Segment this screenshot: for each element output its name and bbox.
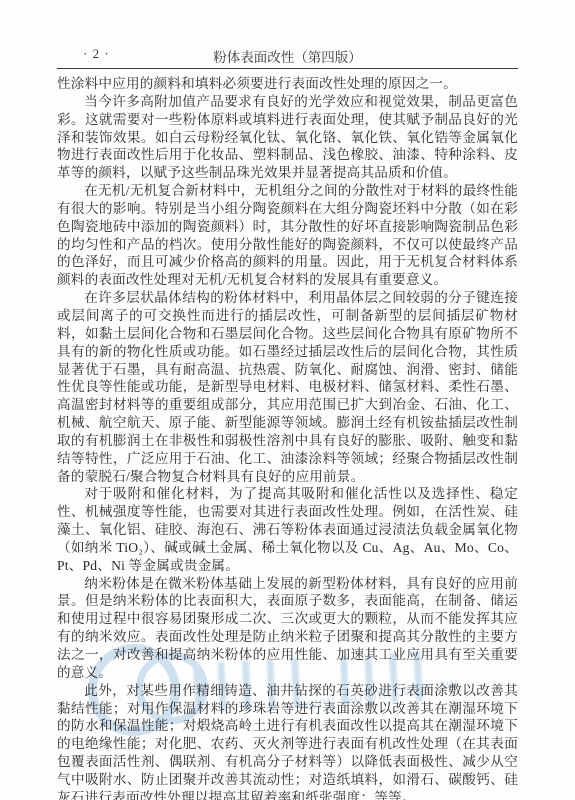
paragraph: 在无机/无机复合新材料中，无机组分之间的分散性对于材料的最终性能有很大的影响。特… xyxy=(57,182,518,289)
book-page: ||||| |||| www.sanmin.com.tw · 2 · 粉体表面改… xyxy=(0,0,575,800)
book-title: 粉体表面改性（第四版） xyxy=(57,46,518,66)
paragraph: 此外，对某些用作精细铸造、油井钻探的石英砂进行表面涂敷以改善其黏结性能；对用作保… xyxy=(57,682,518,800)
running-head: · 2 · 粉体表面改性（第四版） xyxy=(57,44,518,68)
paragraph: 纳米粉体是在微米粉体基础上发展的新型粉体材料，具有良好的应用前景。但是纳米粉体的… xyxy=(57,575,518,682)
paragraph: 性涂料中应用的颜料和填料必须要进行表面改性处理的原因之一。 xyxy=(57,75,518,93)
paragraph: 在许多层状晶体结构的粉体材料中，利用晶体层之间较弱的分子键连接或层间离子的可交换… xyxy=(57,289,518,485)
page-body: 性涂料中应用的颜料和填料必须要进行表面改性处理的原因之一。当今许多高附加值产品要… xyxy=(57,75,518,800)
paragraph: 对于吸附和催化材料，为了提高其吸附和催化活性以及选择性、稳定性、机械强度等性能，… xyxy=(57,485,518,574)
paragraph: 当今许多高附加值产品要求有良好的光学效应和视觉效果，制品更富色彩。这就需要对一些… xyxy=(57,93,518,182)
header-rule xyxy=(57,68,518,69)
